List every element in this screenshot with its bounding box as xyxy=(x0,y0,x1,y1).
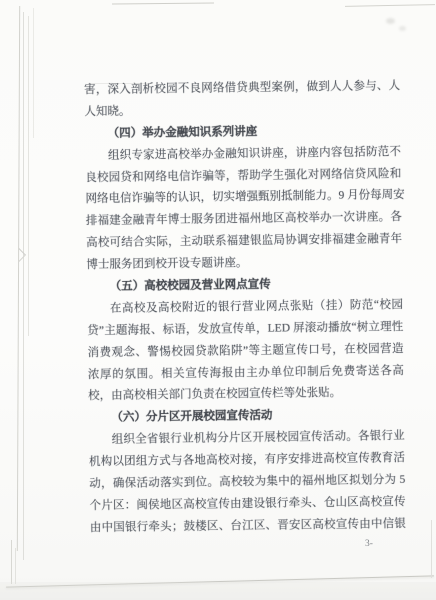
text-line: 高校可结合实际，主动联系福建银监局协调安排福建金融青年 xyxy=(86,229,402,255)
text-line: 害，深入剖析校园不良网络借贷典型案例，做到人人参与、人 xyxy=(84,76,400,102)
page-number: 3- xyxy=(365,539,373,549)
scanned-document-page: 害，深入剖析校园不良网络借贷典型案例，做到人人参与、人人知晓。（四）举办金融知识… xyxy=(0,0,436,600)
document-lines: 害，深入剖析校园不良网络借贷典型案例，做到人人参与、人人知晓。（四）举办金融知识… xyxy=(84,76,406,540)
text-line: 由中国银行牵头；鼓楼区、台江区、晋安区高校宣传由中信银 xyxy=(90,514,406,540)
